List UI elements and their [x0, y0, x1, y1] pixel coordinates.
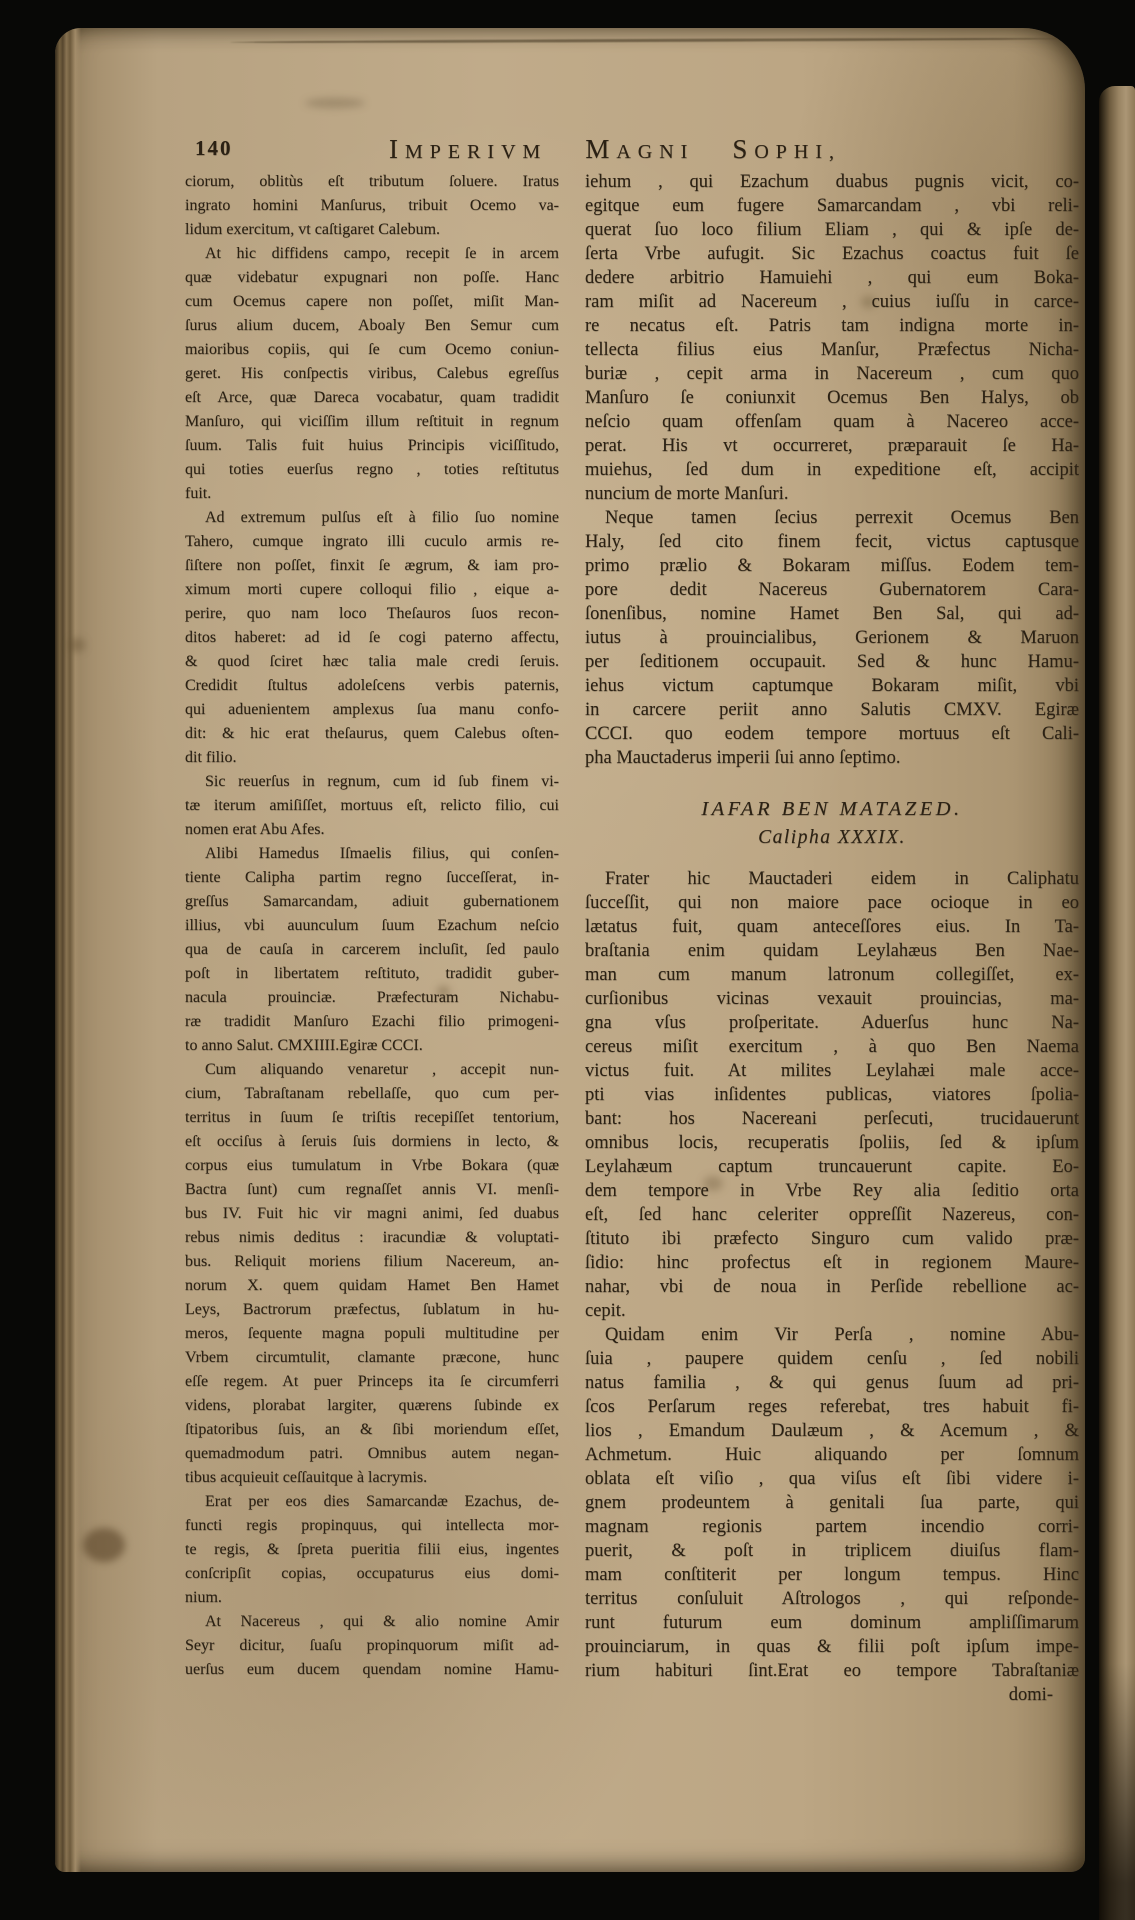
text-line: perat. His vt occurreret, præparauit ſe …: [585, 434, 1079, 458]
text-line: ingrato homini Manſurus, tribuit Ocemo v…: [185, 194, 559, 218]
book-page: 140 IMPERIVM MAGNI SOPHI, ciorum, oblitù…: [55, 28, 1085, 1872]
text-line: ximum morti cupere colloqui filio , eiqu…: [185, 578, 559, 602]
text-line: geret. His conſpectis viribus, Calebus e…: [185, 362, 559, 386]
text-line: magnam regionis partem incendio corri-: [585, 1515, 1079, 1539]
text-line: ſiſtere non poſſet, finxit ſe ægrum, & i…: [185, 554, 559, 578]
text-line: buriæ , cepit arma in Nacereum , cum quo: [585, 362, 1079, 386]
text-line: functi regis propinquus, qui intellecta …: [185, 1514, 559, 1538]
running-header: IMPERIVM MAGNI SOPHI,: [115, 134, 1115, 165]
text-line: cum Ocemus capere non poſſet, miſit Man-: [185, 290, 559, 314]
text-line: quæ videbatur expugnari non poſſe. Hanc: [185, 266, 559, 290]
section-heading: IAFAR BEN MATAZED.: [585, 794, 1079, 824]
text-line: eſt, ſed hanc celeriter oppreſſit Nazere…: [585, 1203, 1079, 1227]
text-line: ſuum. Talis fuit huius Principis viciſſi…: [185, 434, 559, 458]
text-line: dit: & hic erat theſaurus, quem Calebus …: [185, 722, 559, 746]
text-line: natus familia , & qui genus ſuum ad pri-: [585, 1371, 1079, 1395]
text-line: Sic reuerſus in regnum, cum id ſub finem…: [185, 770, 559, 794]
text-line: tellecta filius eius Manſur, Præfectus N…: [585, 338, 1079, 362]
right-column-lower-text: Frater hic Mauctaderi eidem in Caliphatu…: [585, 867, 1079, 1683]
text-line: fuit.: [185, 482, 559, 506]
running-header-word: IMPERIVM: [389, 134, 547, 165]
text-line: Vrbem circumtulit, clamante præcone, hun…: [185, 1346, 559, 1370]
text-line: territus conſuluit Aſtrologos , qui reſp…: [585, 1587, 1079, 1611]
text-line: bant: hos Nacereani perſecuti, trucidaue…: [585, 1107, 1079, 1131]
text-line: Bactra ſunt) cum regnaſſet annis VI. men…: [185, 1178, 559, 1202]
text-line: CCCI. quo eodem tempore mortuus eſt Cali…: [585, 722, 1079, 746]
text-line: norum X. quem quidam Hamet Ben Hamet: [185, 1274, 559, 1298]
text-line: to anno Salut. CMXIIII.Egiræ CCCI.: [185, 1034, 559, 1058]
text-line: gna vſus proſperitate. Aduerſus hunc Na-: [585, 1011, 1079, 1035]
text-line: conſcripſit copias, occupaturus eius dom…: [185, 1562, 559, 1586]
text-line: corpus eius tumulatum in Vrbe Bokara (qu…: [185, 1154, 559, 1178]
text-line: Cum aliquando venaretur , accepit nun-: [185, 1058, 559, 1082]
paper-stain: [305, 98, 365, 108]
text-line: egitque eum fugere Samarcandam , vbi rel…: [585, 194, 1079, 218]
text-line: pore dedit Nacereus Gubernatorem Cara-: [585, 578, 1079, 602]
text-line: ſuia , paupere quidem cenſu , ſed nobili: [585, 1347, 1079, 1371]
text-line: ciorum, oblitùs eſt tributum ſoluere. Ir…: [185, 170, 559, 194]
text-line: ſtipatoribus ſuis, an & ſibi moriendum e…: [185, 1418, 559, 1442]
text-line: territus in ſuum ſe triſtis recepiſſet t…: [185, 1106, 559, 1130]
text-line: uerſus eum ducem quendam nomine Hamu-: [185, 1658, 559, 1682]
text-line: pha Mauctaderus imperii ſui anno ſeptimo…: [585, 746, 1079, 770]
text-column-right: iehum , qui Ezachum duabus pugnis vicit,…: [585, 170, 1079, 1708]
top-crease-line: [230, 37, 1057, 44]
text-line: qui toties euerſus regno , toties reſtit…: [185, 458, 559, 482]
text-line: cepit.: [585, 1299, 1079, 1323]
text-line: bus. Reliquit moriens filium Nacereum, a…: [185, 1250, 559, 1274]
text-line: eſt occiſus à ſeruis ſuis dormiens in le…: [185, 1130, 559, 1154]
text-line: eſſe regem. At puer Princeps ita ſe circ…: [185, 1370, 559, 1394]
text-line: eſt Arce, quæ Dareca vocabatur, quam tra…: [185, 386, 559, 410]
text-line: oblata eſt viſio , qua viſus eſt ſibi vi…: [585, 1467, 1079, 1491]
text-line: ſucceſſit, qui non maiore pace ocioque i…: [585, 891, 1079, 915]
text-line: ditos haberet: ad id ſe cogi paterno aff…: [185, 626, 559, 650]
text-line: Neque tamen ſecius perrexit Ocemus Ben: [585, 506, 1079, 530]
text-line: Manſuro, qui viciſſim illum reſtituit in…: [185, 410, 559, 434]
text-line: neſcio quam offenſam quam à Nacereo acce…: [585, 410, 1079, 434]
text-line: dit filio.: [185, 746, 559, 770]
text-line: videns, plorabat largiter, quærens ſubin…: [185, 1394, 559, 1418]
text-line: omnibus locis, recuperatis ſpoliis, ſed …: [585, 1131, 1079, 1155]
text-line: Seyr dicitur, ſuaſu propinquorum miſit a…: [185, 1634, 559, 1658]
catchword: domi-: [585, 1683, 1079, 1708]
text-line: Leylahæum captum truncauerunt capite. Eo…: [585, 1155, 1079, 1179]
text-line: ſtituto ibi præfecto Singuro cum valido …: [585, 1227, 1079, 1251]
text-line: iehum , qui Ezachum duabus pugnis vicit,…: [585, 170, 1079, 194]
text-line: Credidit ſtultus adoleſcens verbis pater…: [185, 674, 559, 698]
text-line: Haly, ſed cito finem fecit, victus captu…: [585, 530, 1079, 554]
text-line: At hic diffidens campo, recepit ſe in ar…: [185, 242, 559, 266]
right-column-upper-text: iehum , qui Ezachum duabus pugnis vicit,…: [585, 170, 1079, 770]
text-line: mam conſtiterit per longum tempus. Hinc: [585, 1563, 1079, 1587]
text-line: dem tempore in Vrbe Rey alia ſeditio ort…: [585, 1179, 1079, 1203]
text-line: nacula prouinciæ. Præfecturam Nichabu-: [185, 986, 559, 1010]
text-line: & quod ſciret hæc talia male credi ſerui…: [185, 650, 559, 674]
scan-background: { "page": { "number": "140", "header": {…: [0, 0, 1135, 1920]
adjacent-page-edge: [1099, 86, 1135, 1920]
text-line: bus IV. Fuit hic vir magni animi, ſed du…: [185, 1202, 559, 1226]
text-line: ſonenſibus, nomine Hamet Ben Sal, qui ad…: [585, 602, 1079, 626]
text-line: dedere arbitrio Hamuiehi , qui eum Boka-: [585, 266, 1079, 290]
text-line: tibus acquieuit ceſſauitque à lacrymis.: [185, 1466, 559, 1490]
text-line: ſcos Perſarum reges referebat, tres habu…: [585, 1395, 1079, 1419]
text-line: per ſeditionem occupauit. Sed & hunc Ham…: [585, 650, 1079, 674]
text-line: tæ iterum amiſiſſet, mortuus eſt, relict…: [185, 794, 559, 818]
paper-stain: [69, 638, 85, 652]
text-line: ſidio: hinc profectus eſt in regionem Ma…: [585, 1251, 1079, 1275]
text-line: meros, ſequente magna populi multitudine…: [185, 1322, 559, 1346]
page-fore-edge: [55, 28, 81, 1872]
text-line: man cum manum latronum collegiſſet, ex-: [585, 963, 1079, 987]
text-line: qui aduenientem amplexus ſua manu confo-: [185, 698, 559, 722]
text-line: ram miſit ad Nacereum , cuius iuſſu in c…: [585, 290, 1079, 314]
text-line: quemadmodum patri. Omnibus autem negan-: [185, 1442, 559, 1466]
paper-stain: [83, 1528, 125, 1562]
text-line: Frater hic Mauctaderi eidem in Caliphatu: [585, 867, 1079, 891]
text-line: Achmetum. Huic aliquando per ſomnum: [585, 1443, 1079, 1467]
text-line: prouinciarum, in quas & filii poſt ipſum…: [585, 1635, 1079, 1659]
running-header-word: MAGNI: [585, 134, 694, 165]
text-column-left: ciorum, oblitùs eſt tributum ſoluere. Ir…: [185, 170, 559, 1682]
text-line: lætatus fuit, quam anteceſſores eius. In…: [585, 915, 1079, 939]
text-line: Leys, Bactrorum præfectus, ſublatum in h…: [185, 1298, 559, 1322]
text-line: ſurus alium ducem, Aboaly Ben Semur cum: [185, 314, 559, 338]
text-line: nomen erat Abu Afes.: [185, 818, 559, 842]
text-line: maioribus copiis, qui ſe cum Ocemo coniu…: [185, 338, 559, 362]
text-line: in carcere periit anno Salutis CMXV. Egi…: [585, 698, 1079, 722]
text-line: nium.: [185, 1586, 559, 1610]
text-line: Alibi Hamedus Iſmaelis filius, qui conſe…: [185, 842, 559, 866]
scan-scene: 140 IMPERIVM MAGNI SOPHI, ciorum, oblitù…: [0, 0, 1135, 1920]
text-line: Quidam enim Vir Perſa , nomine Abu-: [585, 1323, 1079, 1347]
text-line: victus fuit. At milites Leylahæi male ac…: [585, 1059, 1079, 1083]
text-line: te regis, & ſpreta pueritia filii eius, …: [185, 1538, 559, 1562]
text-line: nahar, vbi de noua in Perſide rebellione…: [585, 1275, 1079, 1299]
text-line: greſſus Samarcandam, adiuit gubernatione…: [185, 890, 559, 914]
text-line: curſionibus vicinas vexauit prouincias, …: [585, 987, 1079, 1011]
text-line: ræ tradidit Manſuro Ezachi filio primoge…: [185, 1010, 559, 1034]
text-line: puerit, & poſt in triplicem diuiſus flam…: [585, 1539, 1079, 1563]
text-line: qua de cauſa in carcerem incluſit, ſed p…: [185, 938, 559, 962]
text-line: lios , Emandum Daulæum , & Acemum , &: [585, 1419, 1079, 1443]
text-line: Tahero, cumque ingrato illi cuculo armis…: [185, 530, 559, 554]
text-line: primo prælio & Bokaram miſſus. Eodem tem…: [585, 554, 1079, 578]
running-header-word: SOPHI,: [732, 134, 841, 165]
text-line: Erat per eos dies Samarcandæ Ezachus, de…: [185, 1490, 559, 1514]
text-line: At Nacereus , qui & alio nomine Amir: [185, 1610, 559, 1634]
text-line: braſtania enim quidam Leylahæus Ben Nae-: [585, 939, 1079, 963]
text-line: iehus victum captumque Bokaram miſit, vb…: [585, 674, 1079, 698]
text-line: rebus nimis deditus : iracundiæ & volupt…: [185, 1226, 559, 1250]
text-line: rium habituri ſint.Erat eo tempore Tabra…: [585, 1659, 1079, 1683]
text-line: muiehus, ſed dum in expeditione eſt, acc…: [585, 458, 1079, 482]
text-line: ſerta Vrbe aufugit. Sic Ezachus coactus …: [585, 242, 1079, 266]
text-line: nuncium de morte Manſuri.: [585, 482, 1079, 506]
text-line: poſt in libertatem reſtituto, tradidit g…: [185, 962, 559, 986]
text-line: illius, vbi auunculum ſuum Ezachum neſci…: [185, 914, 559, 938]
text-line: Manſuro ſe coniunxit Ocemus Ben Halys, o…: [585, 386, 1079, 410]
text-line: runt futurum eum dominum ampliſſimarum: [585, 1611, 1079, 1635]
text-line: re necatus eſt. Patris tam indigna morte…: [585, 314, 1079, 338]
text-line: querat ſuo loco filium Eliam , qui & ipſ…: [585, 218, 1079, 242]
text-line: cereus miſit exercitum , à quo Ben Naema: [585, 1035, 1079, 1059]
text-line: cium, Tabraſtanam rebellaſſe, quo cum pe…: [185, 1082, 559, 1106]
text-line: pti vias inſidentes publicas, viatores ſ…: [585, 1083, 1079, 1107]
text-line: tiente Calipha partim regno ſucceſſerat,…: [185, 866, 559, 890]
text-line: lidum exercitum, vt caſtigaret Calebum.: [185, 218, 559, 242]
section-subheading: Calipha XXXIX.: [585, 824, 1079, 851]
text-line: Ad extremum pulſus eſt à filio ſuo nomin…: [185, 506, 559, 530]
text-line: iutus à prouincialibus, Gerionem & Maruo…: [585, 626, 1079, 650]
text-line: perire, quo nam loco Theſauros ſuos reco…: [185, 602, 559, 626]
text-line: gnem prodeuntem à genitali ſua parte, qu…: [585, 1491, 1079, 1515]
